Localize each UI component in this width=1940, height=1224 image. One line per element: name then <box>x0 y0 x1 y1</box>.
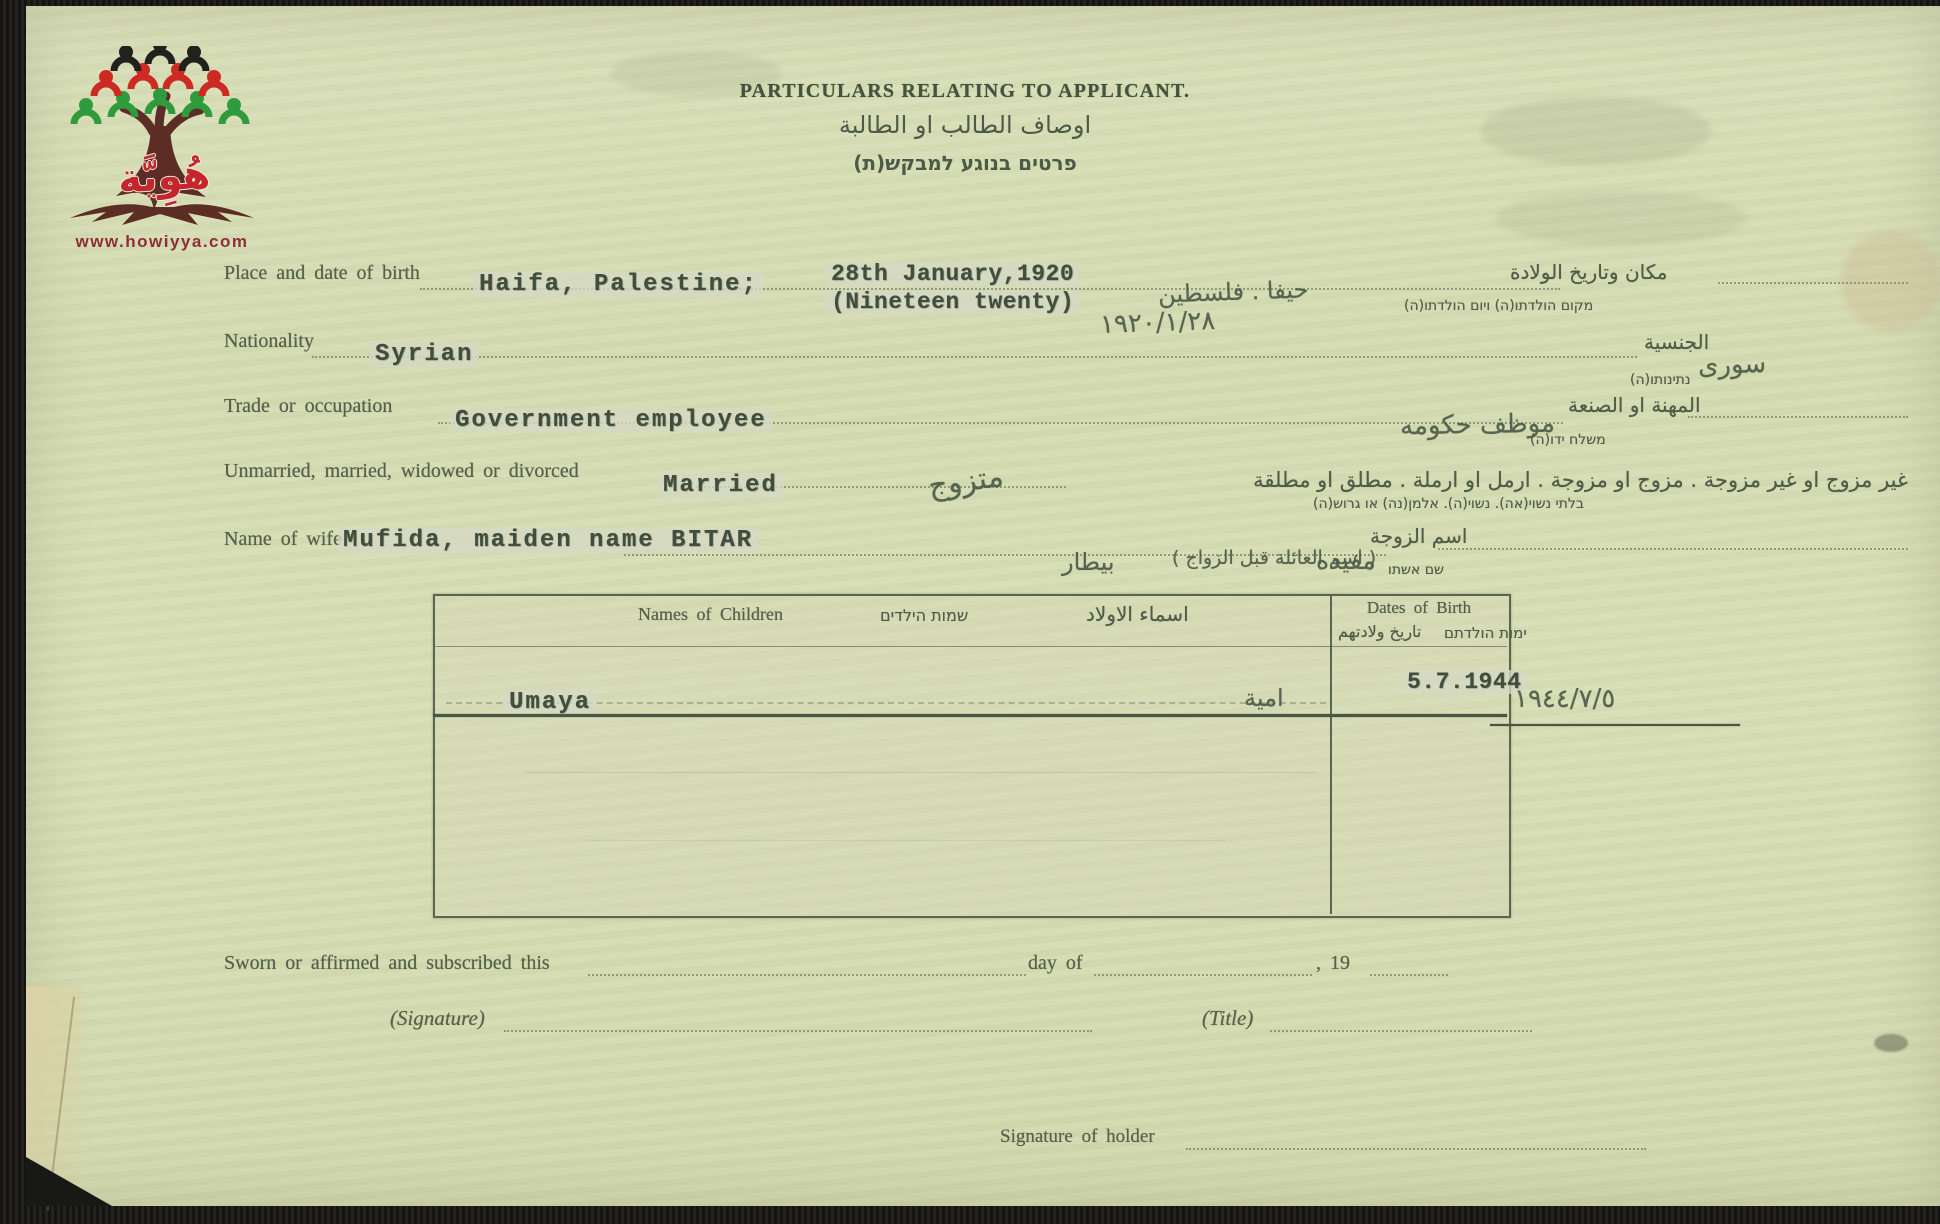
birth-dotted-line-right <box>1718 282 1908 284</box>
marital-label-hebrew: בלתי נשוי(אה). נשוי(ה). אלמן(נה) או גרוש… <box>1313 496 1584 512</box>
children-dates-header-hebrew: ימות הולדתם <box>1444 624 1527 642</box>
birth-place-typed: Haifa, Palestine; <box>474 272 763 297</box>
marital-handwritten: متزوج <box>926 459 1006 504</box>
title-block: PARTICULARS RELATING TO APPLICANT. اوصاف… <box>715 80 1215 175</box>
wife-maidenname-note-handwritten: ( اسم العائلة قبل الزواج ) <box>1172 547 1376 569</box>
logo-site-url: www.howiyya.com <box>56 232 268 252</box>
occupation-label-hebrew: משלח ידו(ה) <box>1530 432 1606 448</box>
wife-label-hebrew: שם אשתו <box>1388 562 1444 578</box>
table-bleed-line-1 <box>526 772 1316 773</box>
occupation-dotted-line-right <box>1688 416 1908 418</box>
child-date-typed: 5.7.1944 <box>1402 670 1526 694</box>
wife-label-arabic: اسم الزوجة <box>1370 524 1467 548</box>
occupation-label: Trade or occupation <box>224 395 392 418</box>
child-date-handwritten: ١٩٤٤/٧/٥ <box>1514 684 1615 714</box>
child-name-typed: Umaya <box>504 690 596 715</box>
birth-label: Place and date of birth <box>224 262 420 285</box>
sworn-dotted-line-3 <box>1370 974 1448 976</box>
page-title-arabic: اوصاف الطالب او الطالبة <box>715 111 1215 139</box>
wife-dotted-line-right <box>1438 548 1908 550</box>
birth-label-arabic: مكان وتاريخ الولادة <box>1510 260 1667 284</box>
page-title: PARTICULARS RELATING TO APPLICANT. <box>715 80 1215 103</box>
thumb-smudge <box>1874 1034 1908 1052</box>
birth-place-handwritten: حيفا . فلسطين <box>1158 275 1309 308</box>
sworn-label: Sworn or affirmed and subscribed this <box>224 952 550 975</box>
marital-label: Unmarried, married, widowed or divorced <box>224 460 579 483</box>
howiyya-logo: هُوِيَّة www.howiyya.com <box>56 46 271 261</box>
year-label: , 19 <box>1316 952 1350 975</box>
children-table-column-divider <box>1330 594 1332 914</box>
signature-label: (Signature) <box>390 1006 485 1031</box>
nationality-dotted-line <box>312 356 1637 358</box>
title-dotted-line <box>1270 1030 1532 1032</box>
wife-maidenname-handwritten: بيطار <box>1062 548 1115 576</box>
occupation-label-arabic: المهنة او الصنعة <box>1568 393 1701 417</box>
day-of-label: day of <box>1028 952 1083 975</box>
stain-top-right <box>1841 231 1940 331</box>
children-names-header-arabic: اسماء الاولاد <box>1086 602 1189 626</box>
wife-typed: Mufida, maiden name BITAR <box>338 528 758 553</box>
children-dates-header: Dates of Birth <box>1332 598 1506 618</box>
child-row-rule <box>433 714 1507 717</box>
children-names-header: Names of Children <box>638 604 783 625</box>
marital-typed: Married <box>658 473 783 498</box>
children-dates-header-arabic: تاريخ ولادتهم <box>1338 622 1421 641</box>
nationality-typed: Syrian <box>370 342 478 367</box>
nationality-handwritten: سورى <box>1697 349 1766 381</box>
birth-date-typed-line2: (Nineteen twenty) <box>826 290 1079 314</box>
signature-of-holder-dotted-line <box>1186 1148 1646 1150</box>
occupation-typed: Government employee <box>450 408 772 433</box>
sworn-dotted-line-2 <box>1094 974 1312 976</box>
children-table-header-rule <box>433 646 1507 647</box>
ghost-ink-1 <box>1481 96 1711 166</box>
birth-date-handwritten: ١٩٢٠/١/٢٨ <box>1100 306 1216 340</box>
logo-calligraphy: هُوِيَّة <box>117 152 211 203</box>
signature-of-holder-label: Signature of holder <box>1000 1126 1155 1148</box>
signature-dotted-line <box>504 1030 1092 1032</box>
title-label: (Title) <box>1202 1006 1253 1031</box>
children-names-header-hebrew: שמות הילדים <box>880 606 968 625</box>
scanned-document-sheet: هُوِيَّة www.howiyya.com PARTICULARS REL… <box>26 6 1940 1206</box>
wife-label: Name of wife <box>224 528 342 551</box>
children-table <box>433 594 1511 918</box>
birth-label-hebrew: מקום הולדתו(ה) ויום הולדתו(ה) <box>1404 298 1593 314</box>
birth-date-typed-line1: 28th January,1920 <box>826 262 1079 286</box>
nationality-label-hebrew: נתינותו(ה) <box>1630 372 1690 388</box>
marital-label-arabic: غير مزوج او غير مزوجة . مزوج او مزوجة . … <box>1068 468 1908 492</box>
page-title-hebrew: פרטים בנוגע למבקש(ת) <box>715 151 1215 175</box>
child-name-handwritten: امية <box>1244 684 1284 712</box>
child-date-handwritten-underline <box>1490 724 1740 726</box>
ghost-ink-2 <box>1496 191 1746 246</box>
sworn-dotted-line-1 <box>588 974 1026 976</box>
nationality-label: Nationality <box>224 330 314 353</box>
table-bleed-line-2 <box>586 840 1226 841</box>
